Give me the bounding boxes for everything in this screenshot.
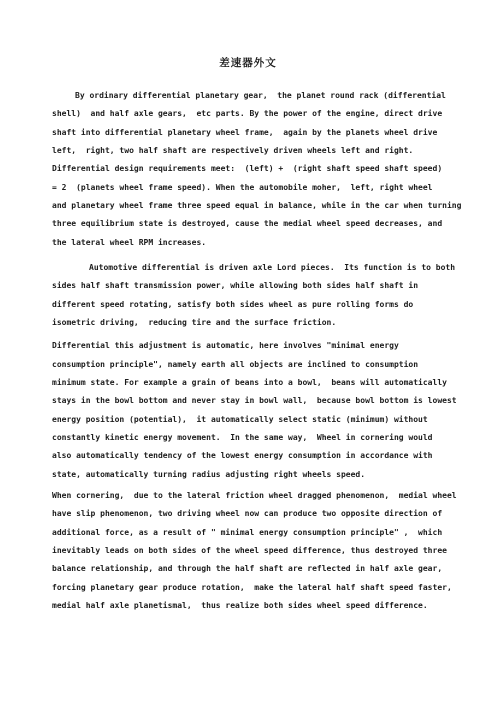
paragraph: Automotive differential is driven axle L…	[52, 259, 462, 332]
text-line: shaft into differential planetary wheel …	[52, 124, 462, 142]
document-page: 差速器外文 By ordinary differential planetary…	[0, 0, 496, 702]
text-line: By ordinary differential planetary gear,…	[52, 87, 462, 105]
text-line: different speed rotating, satisfy both s…	[52, 296, 462, 314]
document-body: By ordinary differential planetary gear,…	[52, 87, 462, 615]
text-line: the lateral wheel RPM increases.	[52, 234, 462, 252]
text-line: medial half axle planetismal, thus reali…	[52, 597, 462, 615]
text-line: = 2 (planets wheel frame speed). When th…	[52, 179, 462, 197]
text-line: have slip phenomenon, two driving wheel …	[52, 505, 462, 523]
paragraph: By ordinary differential planetary gear,…	[52, 87, 462, 252]
text-line: shell) and half axle gears, etc parts. B…	[52, 105, 462, 123]
text-line: Differential design requirements meet: (…	[52, 160, 462, 178]
text-line: stays in the bowl bottom and never stay …	[52, 392, 462, 410]
text-line: balance relationship, and through the ha…	[52, 560, 462, 578]
text-line: consumption principle", namely earth all…	[52, 356, 462, 374]
text-line: Automotive differential is driven axle L…	[52, 259, 462, 277]
text-line: minimum state. For example a grain of be…	[52, 374, 462, 392]
text-line: Differential this adjustment is automati…	[52, 337, 462, 355]
text-line: When cornering, due to the lateral frict…	[52, 487, 462, 505]
text-line: isometric driving, reducing tire and the…	[52, 314, 462, 332]
text-line: sides half shaft transmission power, whi…	[52, 277, 462, 295]
paragraph: Differential this adjustment is automati…	[52, 337, 462, 484]
text-line: constantly kinetic energy movement. In t…	[52, 429, 462, 447]
document-title: 差速器外文	[0, 56, 496, 70]
text-line: left, right, two half shaft are respecti…	[52, 142, 462, 160]
text-line: additional force, as a result of " minim…	[52, 524, 462, 542]
text-line: inevitably leads on both sides of the wh…	[52, 542, 462, 560]
text-line: and planetary wheel frame three speed eq…	[52, 197, 462, 215]
text-line: energy position (potential), it automati…	[52, 411, 462, 429]
text-line: forcing planetary gear produce rotation,…	[52, 579, 462, 597]
text-line: state, automatically turning radius adju…	[52, 466, 462, 484]
text-line: three equilibrium state is destroyed, ca…	[52, 215, 462, 233]
text-line: also automatically tendency of the lowes…	[52, 447, 462, 465]
paragraph: When cornering, due to the lateral frict…	[52, 487, 462, 615]
